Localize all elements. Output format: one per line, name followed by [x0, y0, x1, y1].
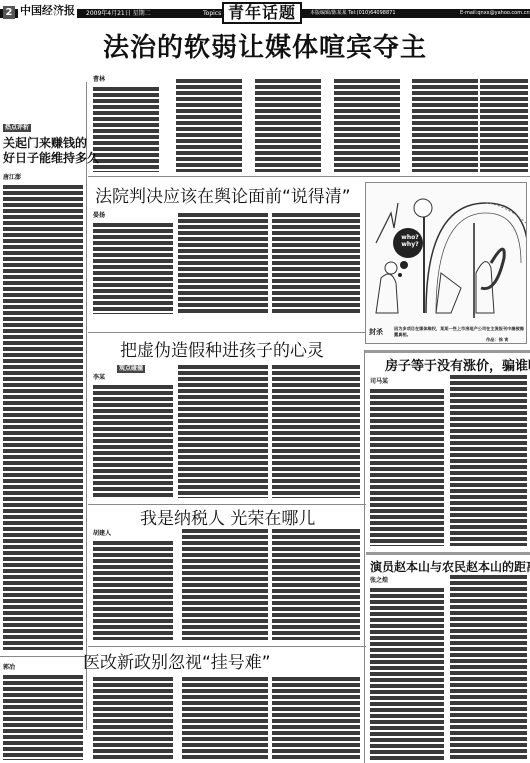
taxpayer-title: 我是纳税人 光荣在哪儿	[140, 508, 315, 530]
editor-email: E-mail:qnxx@yahoo.com.cn	[460, 9, 530, 18]
court-article-col1	[93, 222, 173, 314]
left-column-author: 唐江澎	[3, 174, 21, 182]
left-title-line1: 关起门来赚钱的	[3, 136, 99, 151]
actor-article-col1	[370, 587, 444, 761]
left-column-tag: 热点评析	[3, 124, 31, 132]
main-article-col3	[255, 78, 321, 172]
actor-article-author: 张之煌	[370, 577, 388, 585]
main-article-col4	[334, 78, 400, 172]
cartoon-illustration	[366, 183, 527, 323]
main-headline: 法治的软弱让媒体喧宾夺主	[0, 32, 530, 64]
main-article-col6	[480, 78, 528, 172]
medical-title: 医改新政别忽视“挂号难”	[83, 652, 271, 674]
divider	[365, 350, 530, 353]
editor-contact: 本版编辑/陈某某 Tel:(010)64098871	[310, 9, 396, 18]
cartoon-credit: 作品：徐 宵	[486, 337, 526, 343]
false-seed-col3	[272, 364, 360, 498]
topics-label: Topics	[203, 9, 221, 18]
false-seed-author: 李某	[93, 374, 105, 382]
false-seed-col2	[178, 364, 268, 498]
court-article-col3	[272, 212, 360, 314]
divider	[366, 552, 530, 555]
decorative-slashes: /////	[50, 9, 58, 18]
medical-author: 郭冶	[3, 664, 15, 672]
house-article-col1	[370, 388, 444, 546]
divider	[0, 656, 86, 657]
medical-article-col1	[3, 674, 83, 760]
taxpayer-col3	[272, 528, 360, 640]
medical-col3	[182, 676, 268, 760]
medical-col4	[272, 676, 360, 760]
taxpayer-author: 胡建人	[93, 530, 111, 538]
court-article-author: 晏扬	[93, 212, 105, 220]
main-article-col5	[412, 78, 478, 172]
section-title: 青年话题	[222, 2, 302, 24]
taxpayer-col2	[182, 528, 268, 640]
left-title-line2: 好日子能维持多久	[3, 151, 99, 166]
house-article-col2	[450, 374, 527, 546]
false-seed-col1	[93, 384, 173, 498]
right-column-divider	[364, 350, 365, 763]
divider	[88, 332, 366, 333]
cartoon-caption-title: 封杀	[369, 327, 383, 337]
divider	[88, 646, 366, 647]
divider	[88, 504, 366, 505]
false-seed-tag: 观点碰撞	[117, 365, 145, 373]
taxpayer-col1	[93, 540, 173, 640]
medical-col2	[93, 676, 173, 760]
speech-bubble: who? why?	[400, 234, 420, 248]
newspaper-name: 中国经济报	[18, 4, 77, 18]
page-number: 2	[3, 6, 15, 19]
divider	[88, 176, 530, 177]
court-article-title: 法院判决应该在舆论面前“说得清”	[95, 186, 351, 208]
house-article-author: 司马某	[370, 378, 388, 386]
issue-date: 2009年4月21日 星期二	[86, 9, 151, 18]
actor-article-col2	[450, 574, 527, 761]
false-seed-title: 把虚伪造假种进孩子的心灵	[120, 340, 324, 362]
main-article-author: 曹林	[93, 76, 105, 84]
main-article-col1	[93, 86, 159, 172]
main-article-col2	[176, 78, 242, 172]
left-column-title: 关起门来赚钱的 好日子能维持多久	[3, 136, 99, 166]
editorial-cartoon: who? why? 封杀 因为多项目在媒体维权，某某一些上市房地产公司在主流报刊…	[365, 182, 527, 344]
left-column-divider	[86, 82, 87, 730]
court-article-col2	[178, 212, 268, 314]
left-column-body	[3, 184, 83, 650]
